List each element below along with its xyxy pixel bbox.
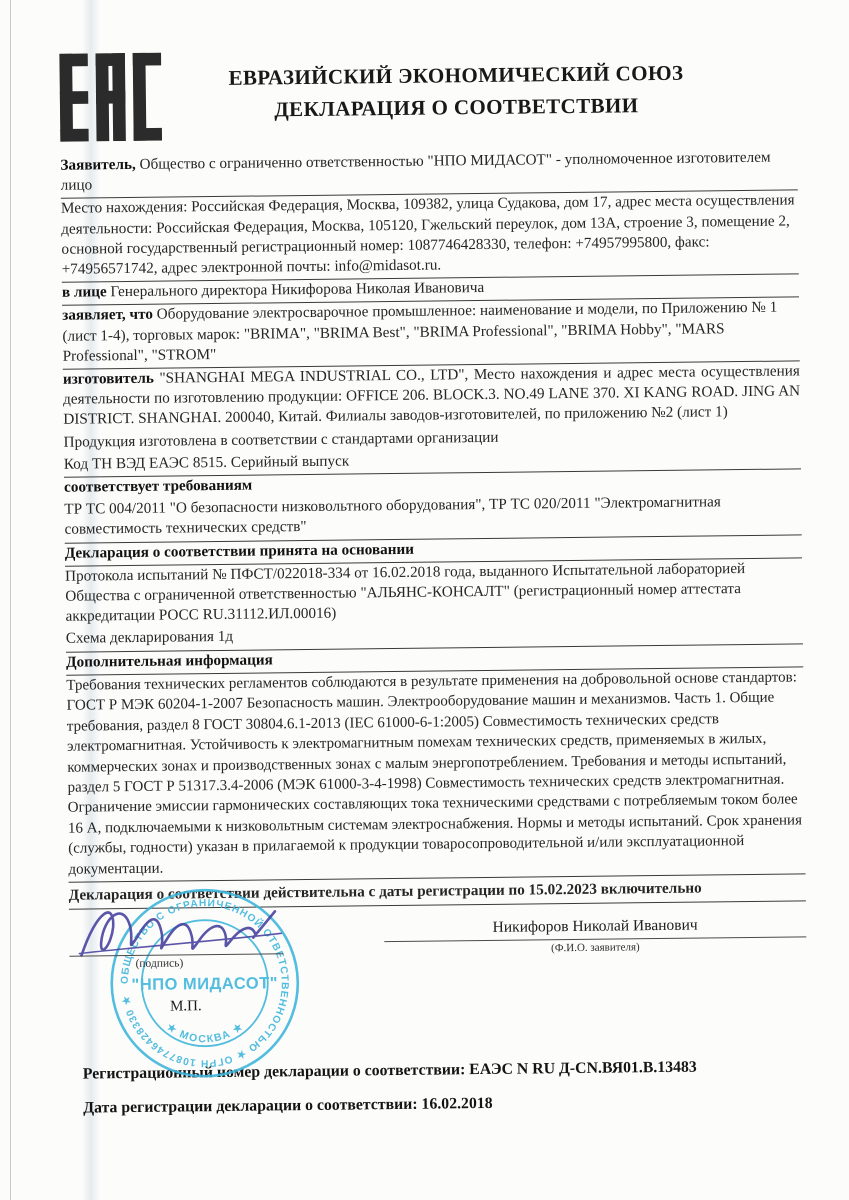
additional-text: Требования технических регламентов соблю… xyxy=(66,667,805,882)
svg-text:★ МОСКВА ★: ★ МОСКВА ★ xyxy=(164,1020,246,1046)
declares-text: Оборудование электросварочное промышленн… xyxy=(62,299,777,365)
basis-text: Протокола испытаний № ПФСТ/022018-334 от… xyxy=(65,558,803,629)
registration-date-value: 16.02.2018 xyxy=(421,1095,492,1113)
signature-section: ОБЩЕСТВО С ОГРАНИЧЕННОЙ ОТВЕТСТВЕННОСТЬЮ… xyxy=(69,901,808,1061)
stamp-center-text: "НПО МИДАСОТ" xyxy=(131,974,278,994)
union-title: ЕВРАЗИЙСКИЙ ЭКОНОМИЧЕСКИЙ СОЮЗ xyxy=(167,60,744,92)
stamp-place-label: М.П. xyxy=(170,998,202,1015)
stamp-bottom-text: ★ МОСКВА ★ xyxy=(164,1020,246,1046)
location-paragraph: Место нахождения: Российская Федерация, … xyxy=(61,191,799,283)
registration-date-line: Дата регистрации декларации о соответств… xyxy=(83,1091,808,1117)
registration-date-label: Дата регистрации декларации о соответств… xyxy=(83,1096,418,1117)
document-title: ДЕКЛАРАЦИЯ О СООТВЕТСТВИИ xyxy=(168,92,745,124)
applicant-label: Заявитель, xyxy=(60,156,136,174)
declaration-document: ЕВРАЗИЙСКИЙ ЭКОНОМИЧЕСКИЙ СОЮЗ ДЕКЛАРАЦИ… xyxy=(0,0,849,1200)
manufacturer-paragraph: изготовитель "SHANGHAI MEGA INDUSTRIAL C… xyxy=(63,361,801,432)
eac-mark-icon xyxy=(59,53,162,142)
person-label: в лице xyxy=(62,283,107,301)
declares-label: заявляет, что xyxy=(62,306,153,324)
document-body: Заявитель, Общество с ограниченно ответс… xyxy=(60,147,806,909)
registration-number-value: ЕАЭС N RU Д-CN.ВЯ01.В.13483 xyxy=(469,1059,697,1079)
signature-caption: (подпись) xyxy=(135,958,183,971)
title-block: ЕВРАЗИЙСКИЙ ЭКОНОМИЧЕСКИЙ СОЮЗ ДЕКЛАРАЦИ… xyxy=(167,60,745,124)
document-sheet: ЕВРАЗИЙСКИЙ ЭКОНОМИЧЕСКИЙ СОЮЗ ДЕКЛАРАЦИ… xyxy=(0,0,849,1135)
applicant-name-block: Никифоров Николай Иванович (Ф.И.О. заяви… xyxy=(384,915,806,956)
applicant-text: Общество с ограниченно ответственностью … xyxy=(61,149,771,194)
manufacturer-text: "SHANGHAI MEGA INDUSTRIAL CO., LTD", Мес… xyxy=(63,362,800,428)
document-header: ЕВРАЗИЙСКИЙ ЭКОНОМИЧЕСКИЙ СОЮЗ ДЕКЛАРАЦИ… xyxy=(59,45,797,141)
person-text: Генерального директора Никифорова Никола… xyxy=(110,279,484,300)
manufacturer-label: изготовитель xyxy=(63,370,154,388)
applicant-name: Никифоров Николай Иванович xyxy=(384,915,806,938)
applicant-name-caption: (Ф.И.О. заявителя) xyxy=(384,939,806,956)
declares-paragraph: заявляет, что Оборудование электросвароч… xyxy=(62,298,800,370)
